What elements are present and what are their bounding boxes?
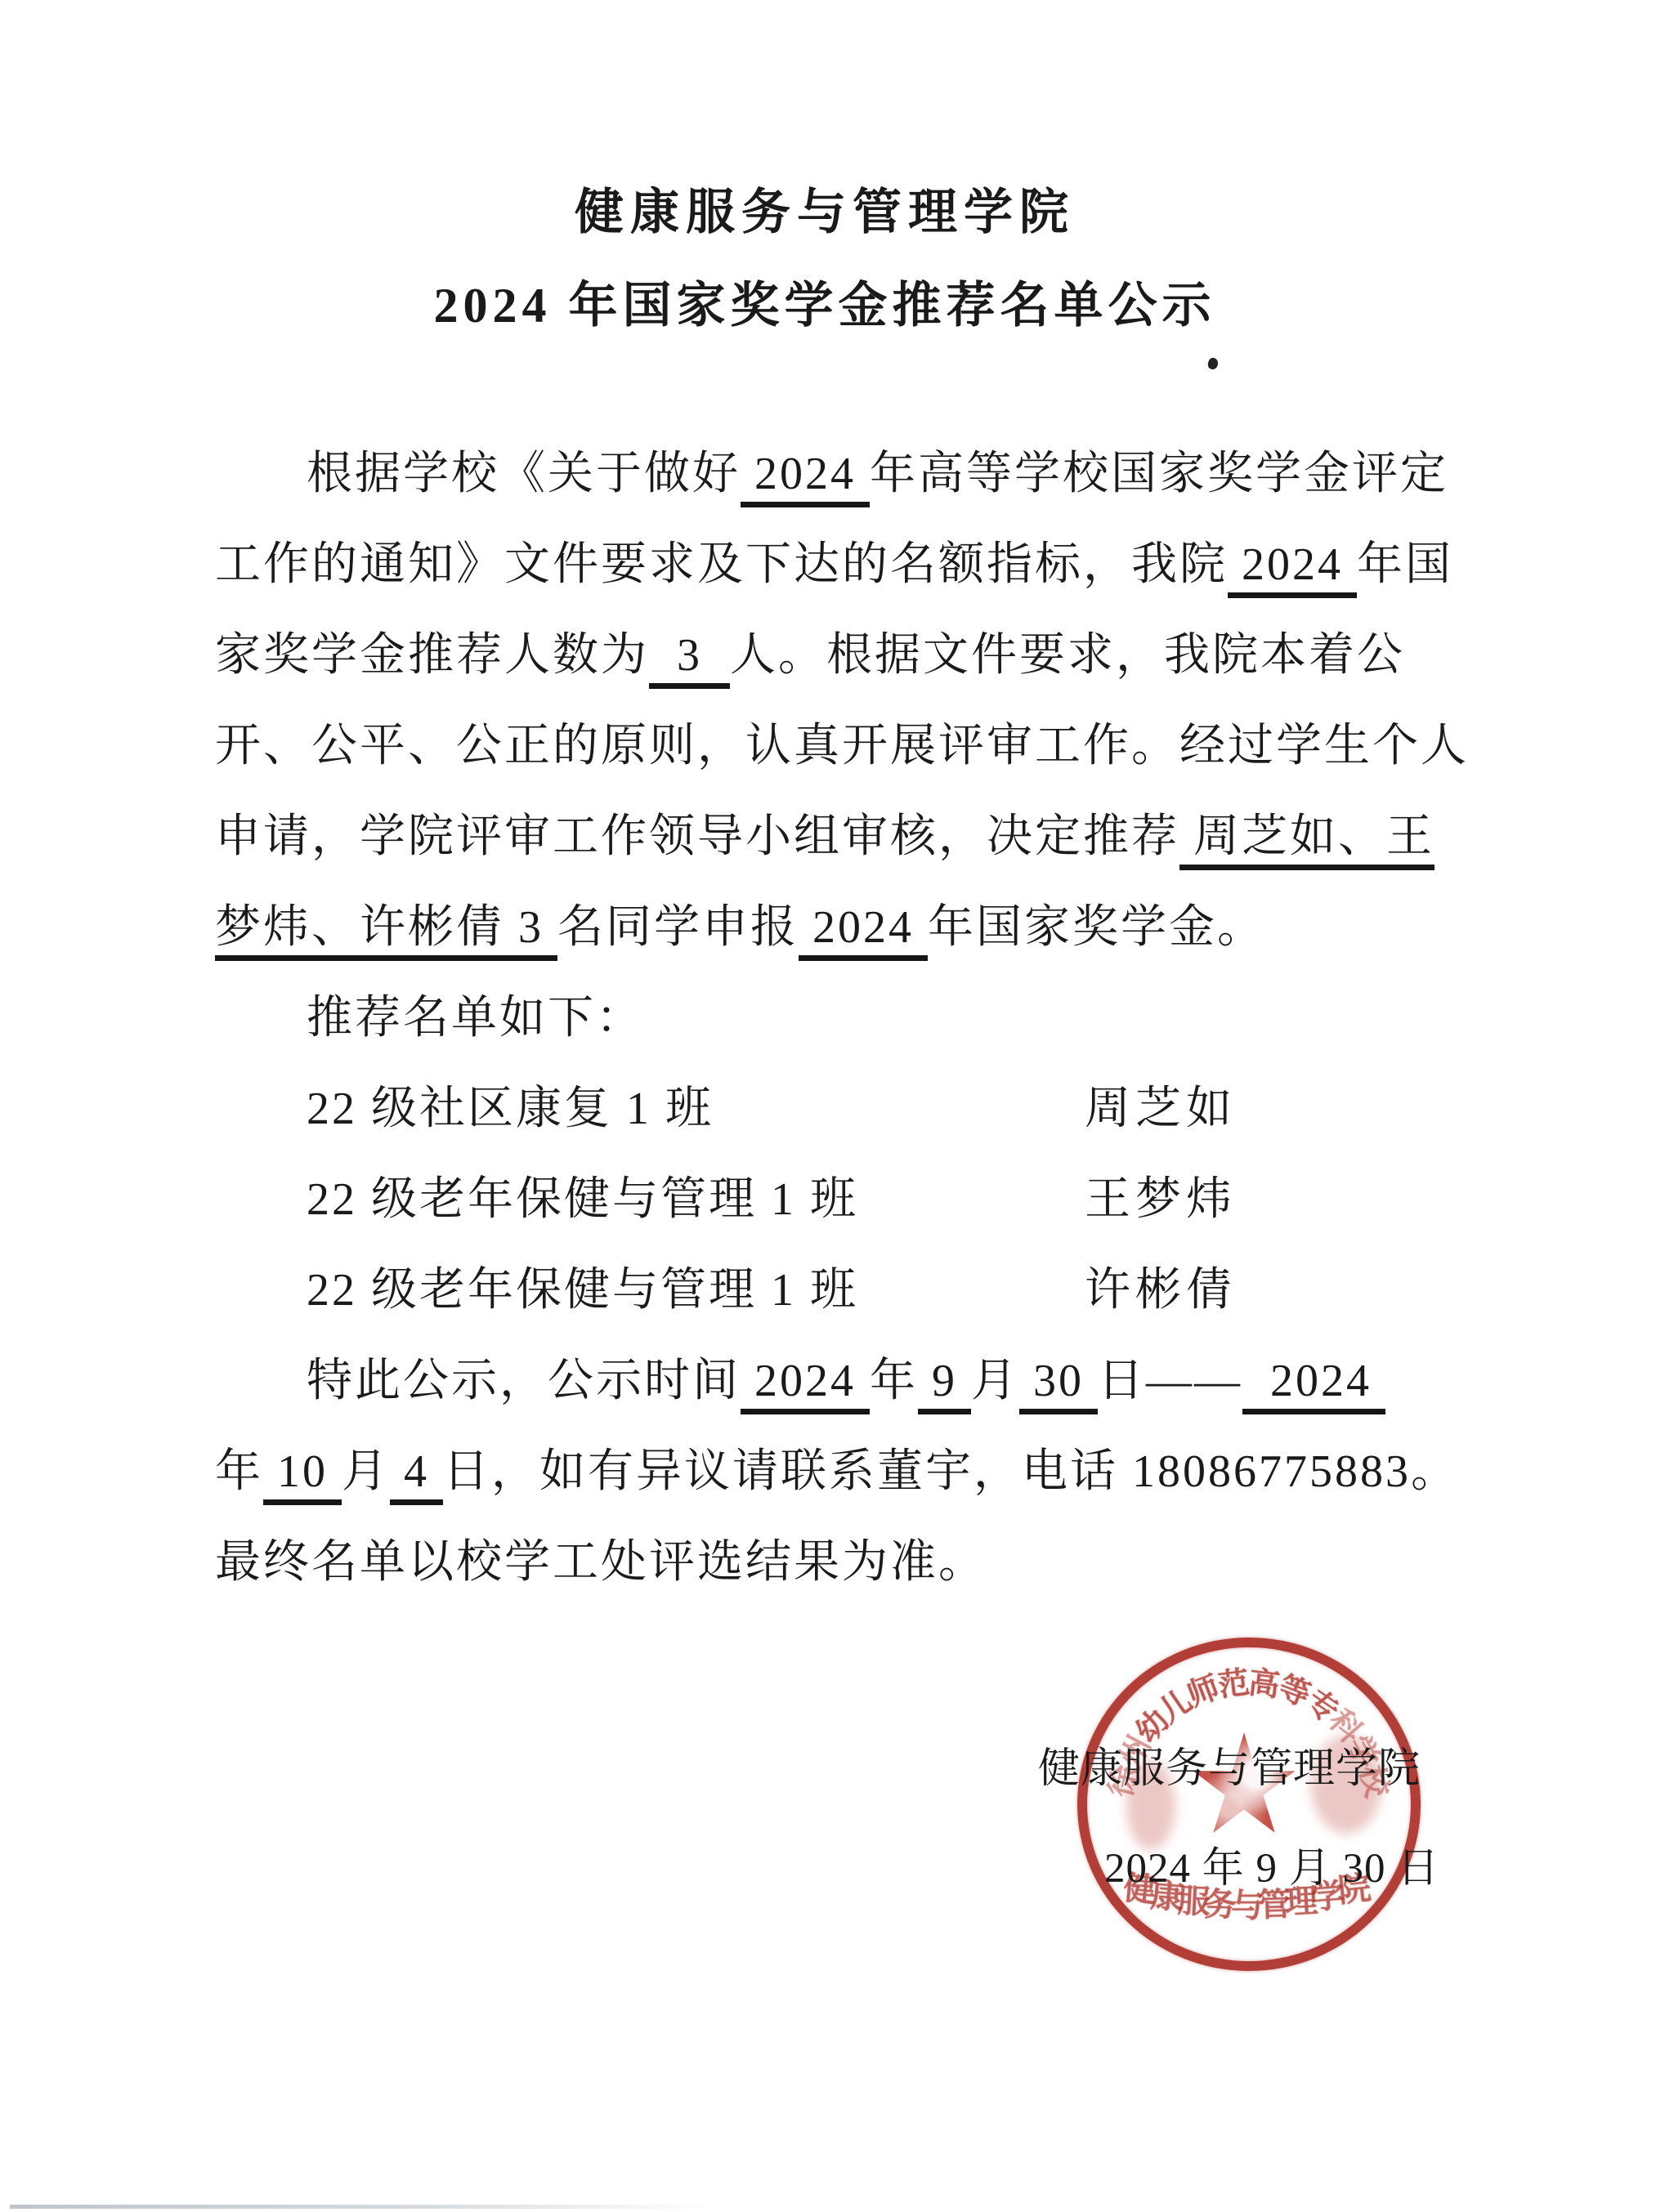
text-segment: 日，如有异议请联系董宇，电话 18086775883。	[443, 1446, 1459, 1497]
recommendation-row: 22 级老年保健与管理 1 班许彬倩	[215, 1245, 1490, 1336]
text-segment: 月	[971, 1356, 1019, 1406]
filled-blank-underlined: 4	[390, 1446, 443, 1505]
filled-blank-underlined: 9	[918, 1356, 971, 1414]
class-name: 22 级老年保健与管理 1 班	[307, 1265, 858, 1316]
text-segment: 年高等学校国家奖学金评定	[870, 449, 1448, 499]
body-line: 工作的通知》文件要求及下达的名额指标，我院 2024 年国	[215, 520, 1490, 610]
document-title-line1: 健康服务与管理学院	[0, 173, 1649, 244]
student-name: 许彬倩	[1085, 1245, 1237, 1336]
body-line: 根据学校《关于做好 2024 年高等学校国家奖学金评定	[215, 429, 1490, 520]
filled-blank-underlined: 3	[649, 630, 730, 689]
filled-blank-underlined: 10	[263, 1446, 342, 1505]
text-segment: 根据学校《关于做好	[307, 449, 741, 499]
text-segment: 最终名单以校学工处评选结果为准。	[215, 1537, 987, 1588]
filled-blank-underlined: 梦炜、许彬倩 3	[215, 902, 557, 961]
text-segment: 年	[215, 1446, 263, 1497]
official-seal-stamp: 徐州幼儿师范高等专科学校健康服务与管理学院	[1077, 1638, 1421, 1971]
class-name: 22 级社区康复 1 班	[307, 1084, 714, 1134]
signature-department: 健康服务与管理学院	[1038, 1734, 1421, 1794]
text-segment: 年	[870, 1356, 918, 1406]
student-name: 周芝如	[1085, 1064, 1237, 1155]
filled-blank-underlined: 2024	[741, 1356, 870, 1414]
text-segment: 申请，学院评审工作领导小组审核，决定推荐	[215, 811, 1179, 862]
filled-blank-underlined: 30	[1019, 1356, 1098, 1414]
seal-arc-top-char: 范	[1215, 1657, 1251, 1705]
scan-edge-artifact	[10, 2205, 713, 2209]
scan-dot-artifact	[1206, 357, 1219, 371]
student-name: 王梦炜	[1085, 1155, 1237, 1245]
text-segment: 月	[342, 1446, 390, 1497]
filled-blank-underlined: 2024	[1242, 1356, 1385, 1414]
recommendation-row: 22 级老年保健与管理 1 班王梦炜	[215, 1155, 1490, 1245]
filled-blank-underlined: 2024	[799, 902, 928, 961]
text-segment: 家奖学金推荐人数为	[215, 630, 649, 681]
body-line: 申请，学院评审工作领导小组审核，决定推荐 周芝如、王	[215, 792, 1490, 883]
document-body: 根据学校《关于做好 2024 年高等学校国家奖学金评定工作的通知》文件要求及下达…	[215, 429, 1490, 1608]
body-line: 最终名单以校学工处评选结果为准。	[215, 1517, 1490, 1608]
document-title-line2: 2024 年国家奖学金推荐名单公示	[0, 266, 1649, 337]
text-segment: 年国	[1357, 539, 1453, 590]
body-line: 年 10 月 4 日，如有异议请联系董宇，电话 18086775883。	[215, 1427, 1490, 1517]
text-segment: 日——	[1098, 1356, 1242, 1406]
recommendation-row: 22 级社区康复 1 班周芝如	[215, 1064, 1490, 1155]
class-name: 22 级老年保健与管理 1 班	[307, 1174, 858, 1225]
signature-date: 2024 年 9 月 30 日	[1104, 1834, 1439, 1894]
text-segment: 推荐名单如下：	[307, 993, 644, 1043]
filled-blank-underlined: 2024	[741, 449, 870, 507]
filled-blank-underlined: 周芝如、王	[1179, 811, 1435, 870]
body-line: 家奖学金推荐人数为 3 人。根据文件要求，我院本着公	[215, 610, 1490, 701]
text-segment: 人。根据文件要求，我院本着公	[730, 630, 1405, 681]
body-line: 特此公示，公示时间 2024 年 9 月 30 日—— 2024	[215, 1336, 1490, 1427]
body-line: 梦炜、许彬倩 3 名同学申报 2024 年国家奖学金。	[215, 883, 1490, 973]
filled-blank-underlined: 2024	[1228, 539, 1357, 598]
body-line: 开、公平、公正的原则，认真开展评审工作。经过学生个人	[215, 701, 1490, 792]
text-segment: 工作的通知》文件要求及下达的名额指标，我院	[215, 539, 1228, 590]
text-segment: 开、公平、公正的原则，认真开展评审工作。经过学生个人	[215, 721, 1469, 771]
body-line: 推荐名单如下：	[215, 973, 1490, 1064]
text-segment: 名同学申报	[557, 902, 799, 953]
text-segment: 特此公示，公示时间	[307, 1356, 741, 1406]
text-segment: 年国家奖学金。	[928, 902, 1265, 953]
document-page: 健康服务与管理学院 2024 年国家奖学金推荐名单公示 根据学校《关于做好 20…	[0, 0, 1674, 2212]
